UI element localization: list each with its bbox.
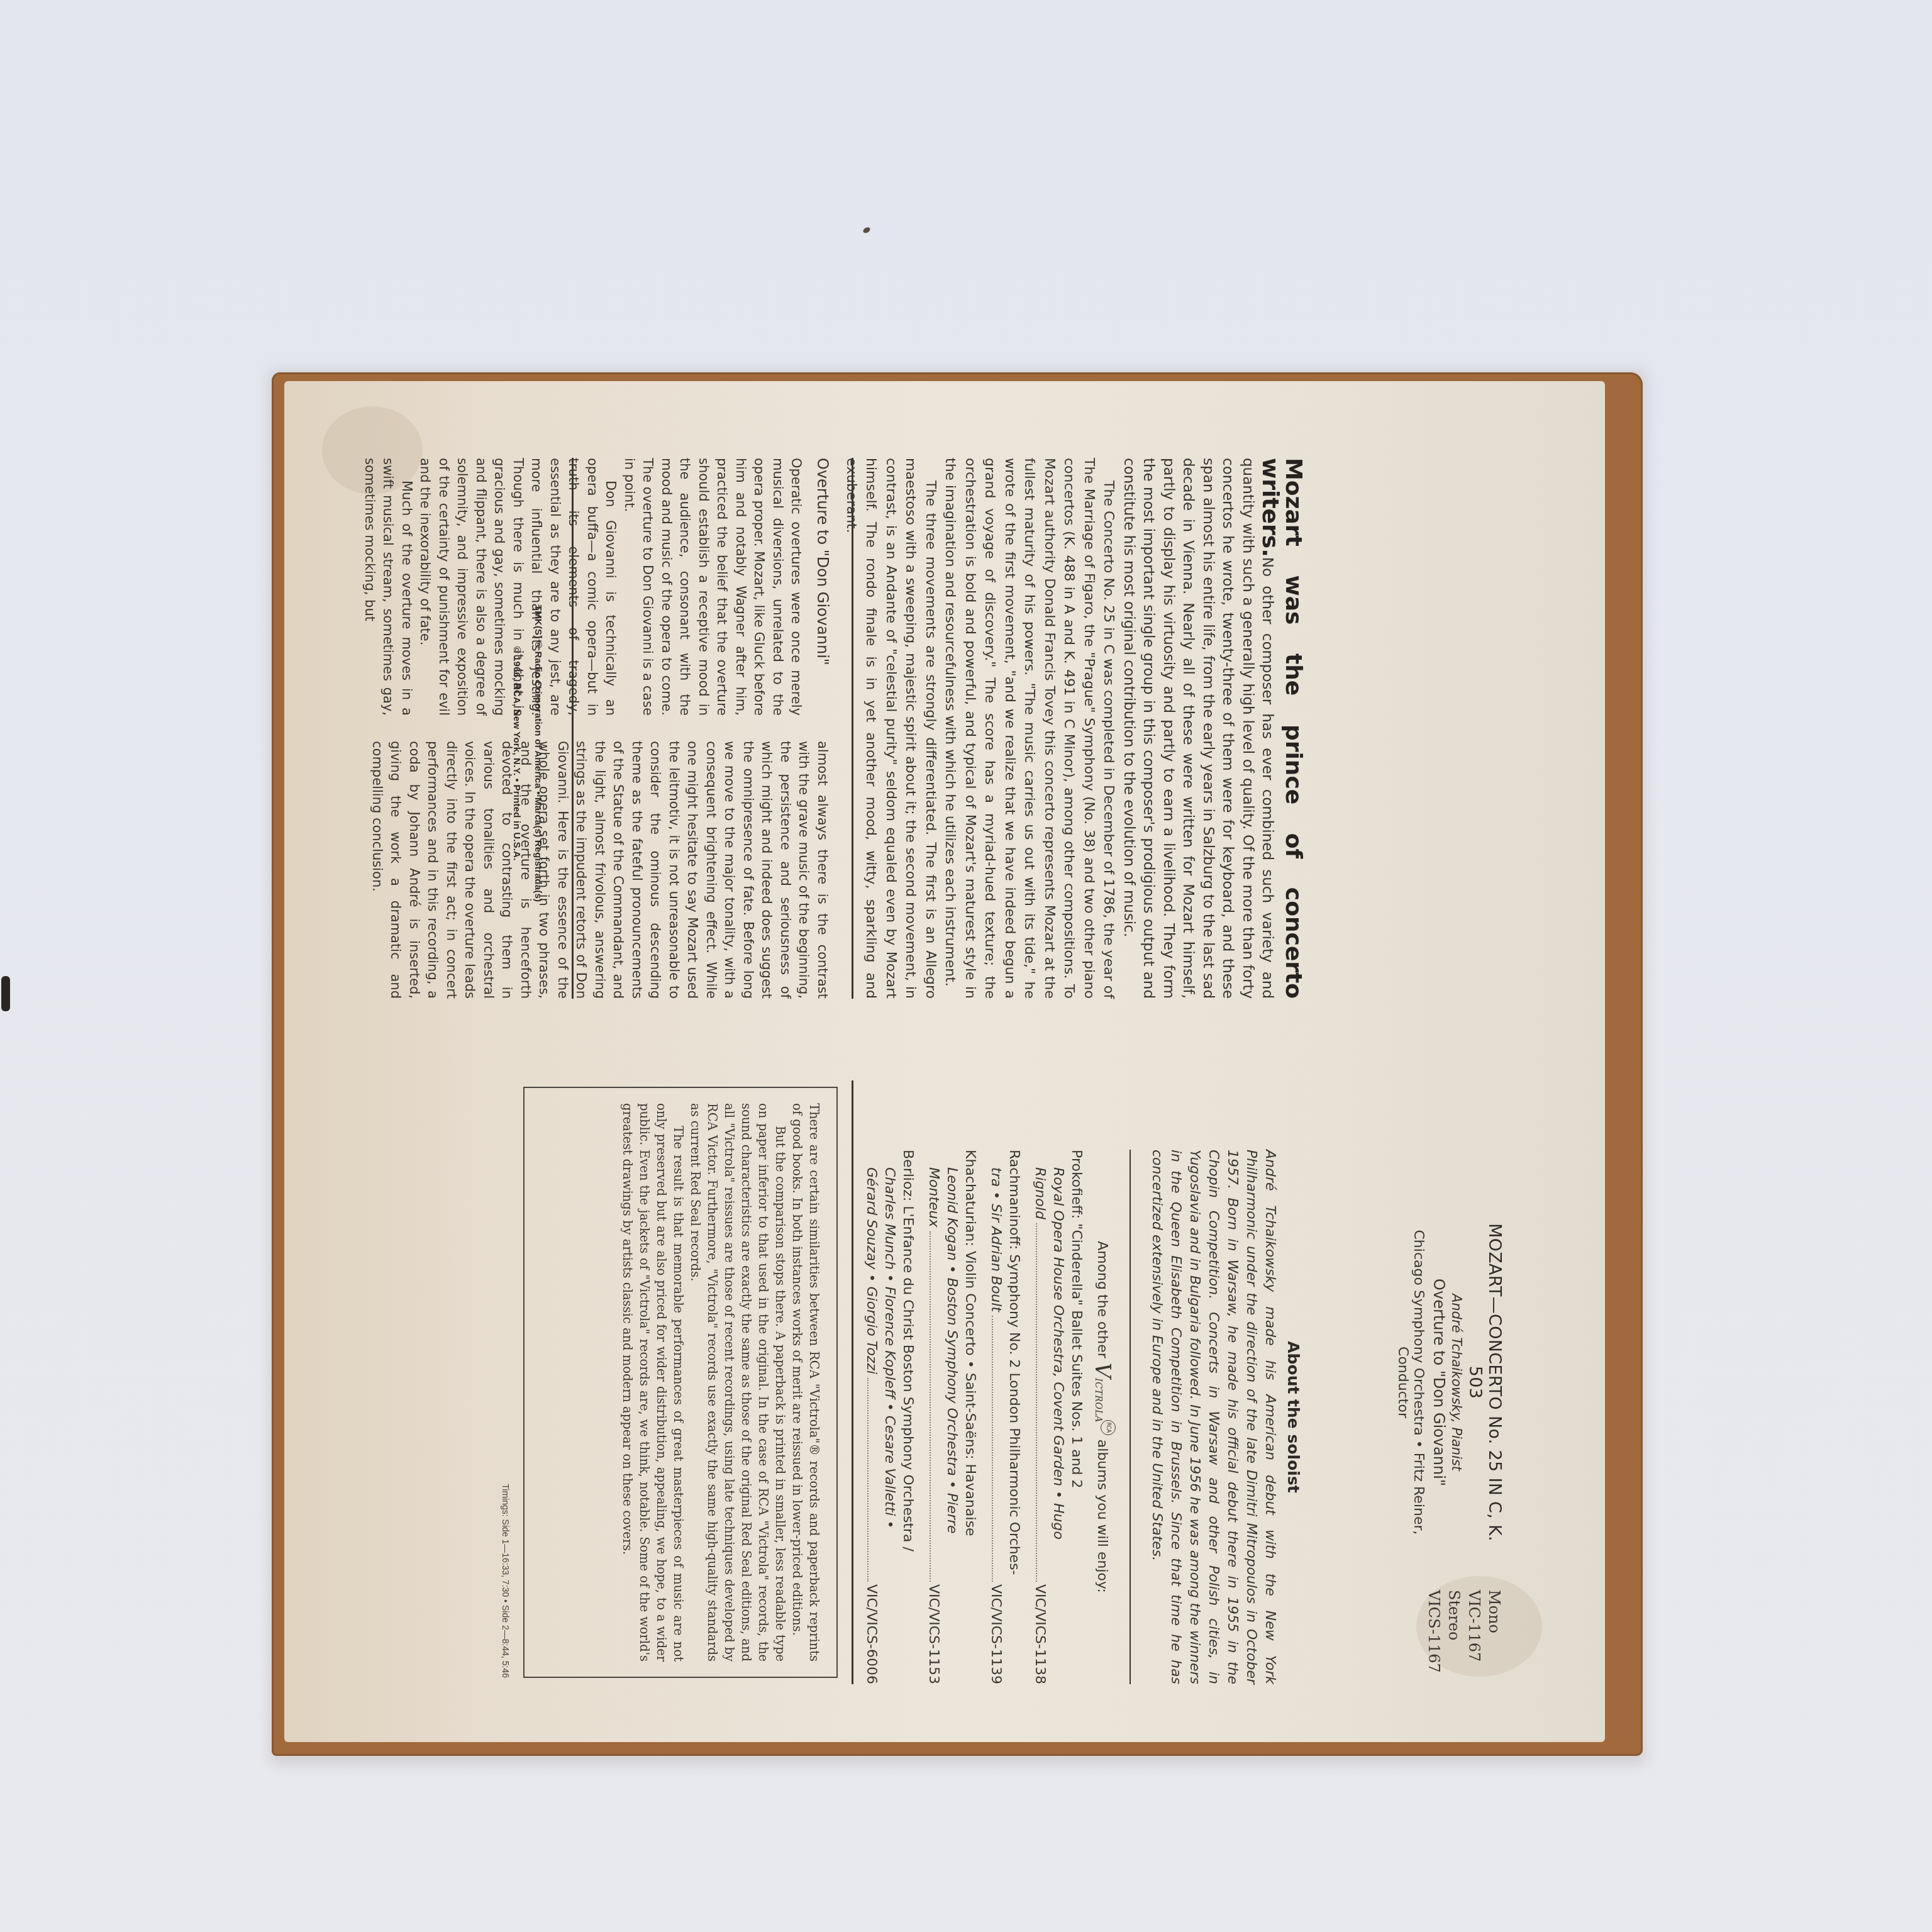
divider — [1130, 1150, 1131, 1684]
essay-column: Mozart was the prince of concerto writer… — [841, 458, 1304, 999]
overture-column-b: almost always there is the contrast with… — [368, 741, 832, 999]
divider — [852, 458, 853, 999]
divider — [852, 1080, 853, 1684]
victrola-info-box: There are certain similarities between R… — [523, 1087, 838, 1678]
essay-lead: Mozart was the prince of concerto writer… — [1119, 458, 1304, 999]
rca-logo-icon: RCA — [1101, 1420, 1116, 1435]
other-albums-heading: Among the other VICTROLARCA albums you w… — [1091, 1150, 1116, 1684]
orchestra-credit: Chicago Symphony Orchestra • Fritz Reine… — [1395, 1206, 1426, 1558]
soloist-bio: André Tchaikowsky made his American debu… — [1148, 1150, 1280, 1684]
soloist-heading: About the soloist — [1284, 1150, 1304, 1684]
copyright-notice: © 1966, RCA, New York, N.Y. • Printed in… — [506, 558, 527, 948]
essay-paragraph: The Concerto No. 25 in C was completed i… — [940, 458, 1119, 999]
divider — [572, 458, 574, 999]
liner-notes-page: MOZART—CONCERTO No. 25 IN C, K. 503 Andr… — [291, 389, 1599, 1735]
album-listing: Khachaturian: Violin Concerto • Saint-Sa… — [925, 1150, 980, 1684]
overture-credit: Overture to "Don Giovanni" — [1430, 1206, 1448, 1558]
record-sleeve-back: MOZART—CONCERTO No. 25 IN C, K. 503 Andr… — [272, 372, 1643, 1756]
victrola-logo: VICTROLA — [1091, 1363, 1111, 1423]
trademark-notice: TMK(S) ® Radio Corporation of America • … — [527, 558, 548, 948]
album-header: MOZART—CONCERTO No. 25 IN C, K. 503 Andr… — [1395, 1206, 1504, 1558]
dust-speck — [1, 976, 10, 1011]
catalog-numbers: MonoVIC-1167 StereoVICS-1167 — [1424, 1590, 1504, 1684]
album-title: MOZART—CONCERTO No. 25 IN C, K. 503 — [1465, 1206, 1504, 1558]
catalog-stereo: StereoVICS-1167 — [1424, 1590, 1464, 1684]
catalog-mono: MonoVIC-1167 — [1464, 1590, 1504, 1684]
soloist-column: About the soloist André Tchaikowsky made… — [855, 1150, 1304, 1684]
dust-speck — [862, 226, 871, 235]
timings: Timings: Side 1—16:33, 7:30 • Side 2—8:4… — [501, 1275, 511, 1678]
soloist-credit: André Tchaikowsky, Pianist — [1449, 1206, 1464, 1558]
legal-credits: TMK(S) ® Radio Corporation of America • … — [506, 558, 548, 948]
album-listing: Prokofieff: "Cinderella" Ballet Suites N… — [1031, 1150, 1086, 1684]
overture-column-a: Overture to "Don Giovanni" Operatic over… — [360, 458, 832, 716]
sleeve-paper: MOZART—CONCERTO No. 25 IN C, K. 503 Andr… — [284, 381, 1605, 1742]
overture-heading: Overture to "Don Giovanni" — [813, 458, 832, 716]
album-listing: Berlioz: L'Enfance du Christ Boston Symp… — [863, 1150, 918, 1684]
essay-paragraph: The three movements are strongly differe… — [841, 458, 941, 999]
album-listing: Rachmaninoff: Symphony No. 2 London Phil… — [987, 1150, 1024, 1684]
